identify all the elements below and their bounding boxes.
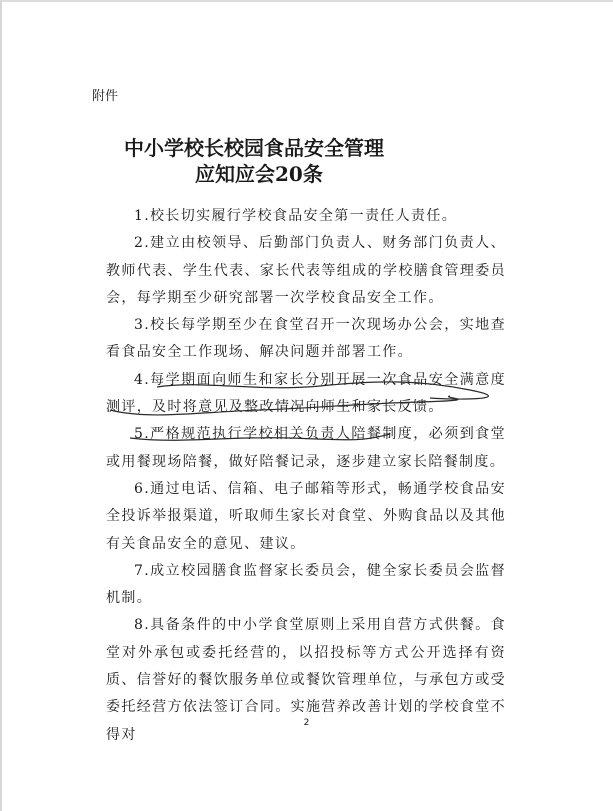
paragraph-item-7: 7.成立校园膳食监督家长委员会，健全家长委员会监督机制。 [106,558,506,613]
document-title-line1: 中小学校长校园食品安全管理 [124,132,613,161]
paragraph-item-8: 8.具备条件的中小学食堂原则上采用自营方式供餐。食堂对外承包或委托经营的，以招投… [106,612,506,748]
document-body: 1.校长切实履行学校食品安全第一责任人责任。 2.建立由校领导、后勤部门负责人、… [106,203,506,749]
page-number: 2 [0,718,613,728]
paragraph-item-6: 6.通过电话、信箱、电子邮箱等形式，畅通学校食品安全投诉举报渠道，听取师生家长对… [106,476,506,558]
paragraph-item-1: 1.校长切实履行学校食品安全第一责任人责任。 [106,203,506,230]
paragraph-item-2: 2.建立由校领导、后勤部门负责人、财务部门负责人、教师代表、学生代表、家长代表等… [106,230,506,312]
paragraph-item-5: 5.严格规范执行学校相关负责人陪餐制度，必须到食堂或用餐现场陪餐，做好陪餐记录，… [106,421,506,476]
attachment-label: 附件 [92,85,118,104]
paragraph-item-3: 3.校长每学期至少在食堂召开一次现场办公会，实地查看食品安全工作现场、解决问题并… [106,312,506,367]
document-title-line2: 应知应会20条 [195,158,613,187]
paragraph-item-4: 4.每学期面向师生和家长分别开展一次食品安全满意度测评，及时将意见及整改情况向师… [106,367,506,422]
